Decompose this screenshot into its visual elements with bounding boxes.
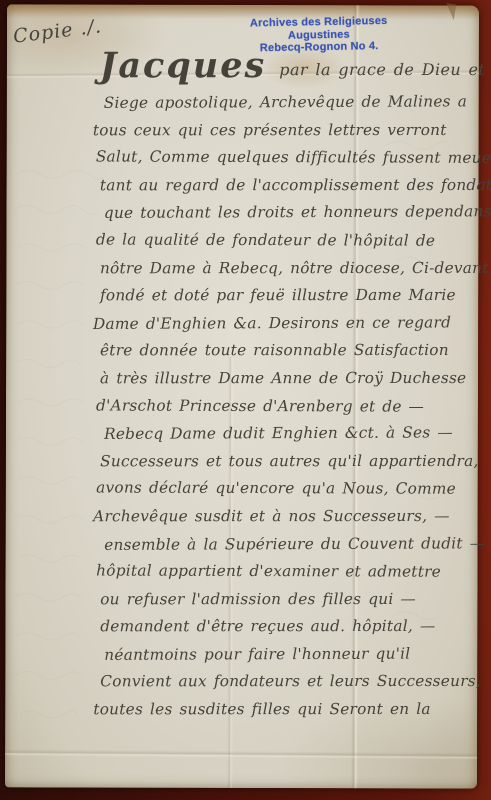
manuscript-line: Successeurs et tous autres qu'il apparti…	[100, 448, 470, 476]
manuscript-line: que touchant les droits et honneurs depe…	[104, 199, 470, 228]
manuscript-line: nôtre Dame à Rebecq, nôtre diocese, Ci-d…	[100, 255, 470, 283]
manuscript-line: ou refuser l'admission des filles qui —	[100, 586, 470, 614]
manuscript-line: d'Arschot Princesse d'Arenberg et de —	[96, 392, 470, 421]
manuscript-line: Dame d'Enghien &a. Desirons en ce regard	[93, 309, 470, 338]
manuscript-line: Siege apostolique, Archevêque de Malines…	[104, 88, 470, 117]
manuscript-line: Salut, Comme quelques difficultés fussen…	[96, 144, 470, 173]
manuscript-page: Archives des Religieuses Augustines Rebe…	[5, 4, 479, 788]
manuscript-line: être donnée toute raisonnable Satisfacti…	[100, 337, 470, 365]
opening-word: Jacques	[100, 45, 266, 86]
manuscript-line: de la qualité de fondateur de l'hôpital …	[96, 226, 470, 255]
manuscript-lines: Siege apostolique, Archevêque de Malines…	[100, 89, 471, 724]
manuscript-line: Convient aux fondateurs et leurs Success…	[100, 668, 470, 696]
archival-photo: Archives des Religieuses Augustines Rebe…	[0, 0, 491, 800]
manuscript-line: Archevêque susdit et à nos Successeurs, …	[93, 503, 470, 531]
manuscript-line: demandent d'être reçues aud. hôpital, —	[100, 613, 470, 641]
manuscript-line: avons déclaré qu'encore qu'a Nous, Comme	[96, 475, 470, 504]
manuscript-text-block: Jacques par la grace de Dieu et du St. S…	[100, 43, 471, 724]
manuscript-line: à très illustre Dame Anne de Croÿ Duches…	[100, 365, 470, 393]
manuscript-line: néantmoins pour faire l'honneur qu'il	[104, 640, 470, 669]
manuscript-line: hôpital appartient d'examiner et admettr…	[96, 558, 470, 587]
opening-line-rest: par la grace de Dieu et du St.	[279, 60, 491, 79]
manuscript-line: tous ceux qui ces présentes lettres verr…	[93, 117, 470, 145]
manuscript-line: Rebecq Dame dudit Enghien &ct. à Ses —	[104, 419, 470, 448]
manuscript-line: ensemble à la Supérieure du Couvent dudi…	[104, 530, 470, 559]
manuscript-line: toutes les susdites filles qui Seront en…	[93, 696, 470, 724]
manuscript-opening-line: Jacques par la grace de Dieu et du St.	[100, 43, 470, 89]
manuscript-line: tant au regard de l'accomplissement des …	[100, 172, 470, 200]
manuscript-line: fondé et doté par feuë illustre Dame Mar…	[100, 282, 470, 310]
